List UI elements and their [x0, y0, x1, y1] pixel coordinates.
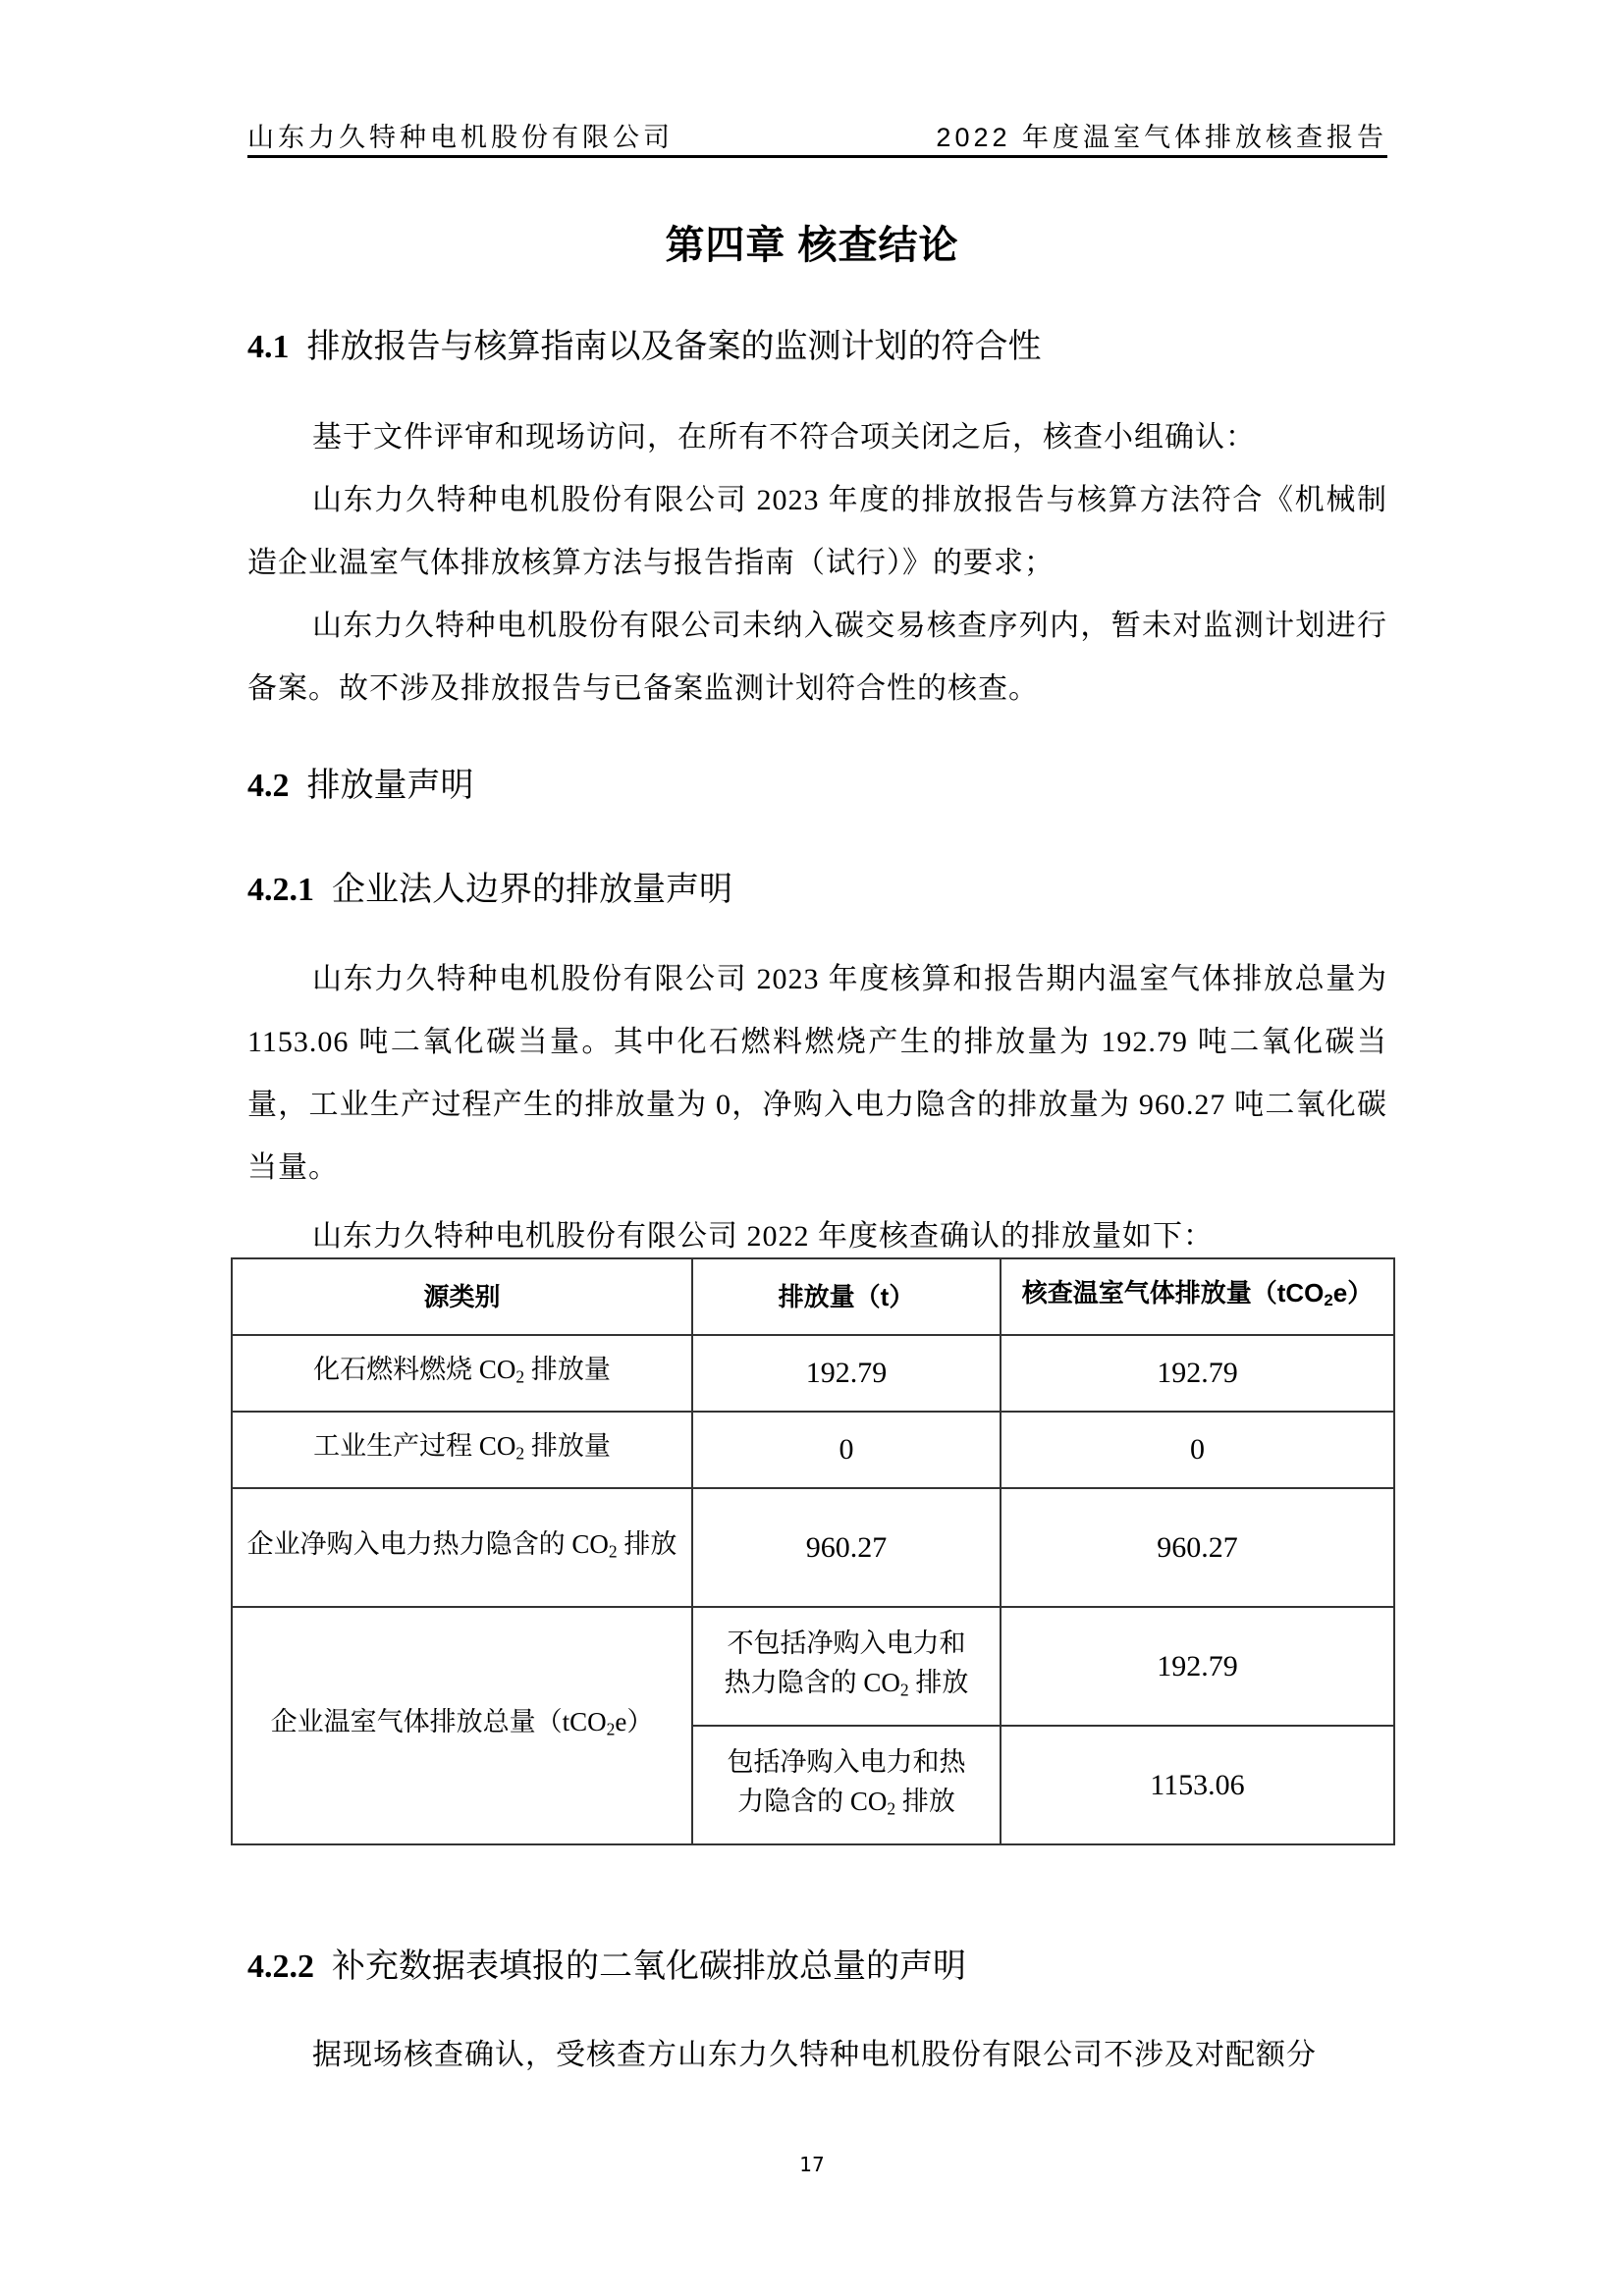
row-emission: 0 [692, 1412, 1001, 1488]
table-row-total: 企业温室气体排放总量（tCO2e） 不包括净购入电力和热力隐含的 CO2 排放 … [232, 1607, 1394, 1726]
total-subrow-label: 包括净购入电力和热力隐含的 CO2 排放 [692, 1726, 1001, 1844]
row-label: 工业生产过程 CO2 排放量 [232, 1412, 692, 1488]
row-label: 企业净购入电力热力隐含的 CO2 排放 [232, 1488, 692, 1607]
total-subrow-label: 不包括净购入电力和热力隐含的 CO2 排放 [692, 1607, 1001, 1726]
section-number: 4.1 [247, 329, 290, 365]
section-4-1-paragraph-1: 基于文件评审和现场访问，在所有不符合项关闭之后，核查小组确认： [247, 406, 1387, 469]
row-emission: 192.79 [692, 1335, 1001, 1412]
total-subrow-verified: 1153.06 [1001, 1726, 1394, 1844]
section-4-2-heading: 4.2排放量声明 [247, 758, 474, 806]
row-label: 化石燃料燃烧 CO2 排放量 [232, 1335, 692, 1412]
page-number: 17 [0, 2153, 1624, 2176]
table-row: 化石燃料燃烧 CO2 排放量 192.79 192.79 [232, 1335, 1394, 1412]
row-verified: 960.27 [1001, 1488, 1394, 1607]
page-header: 山东力久特种电机股份有限公司 2022 年度温室气体排放核查报告 [247, 116, 1387, 155]
total-subrow-verified: 192.79 [1001, 1607, 1394, 1726]
total-label: 企业温室气体排放总量（tCO2e） [232, 1607, 692, 1844]
section-4-2-1-heading: 4.2.1企业法人边界的排放量声明 [247, 862, 732, 910]
row-emission: 960.27 [692, 1488, 1001, 1607]
table-row: 工业生产过程 CO2 排放量 0 0 [232, 1412, 1394, 1488]
header-report-title: 2022 年度温室气体排放核查报告 [936, 116, 1387, 154]
table-header-row: 源类别 排放量（t） 核查温室气体排放量（tCO2e） [232, 1258, 1394, 1335]
section-4-2-1-paragraph: 山东力久特种电机股份有限公司 2023 年度核算和报告期内温室气体排放总量为 1… [247, 948, 1387, 1200]
row-verified: 192.79 [1001, 1335, 1394, 1412]
emissions-table: 源类别 排放量（t） 核查温室气体排放量（tCO2e） 化石燃料燃烧 CO2 排… [231, 1257, 1395, 1845]
header-source-category: 源类别 [232, 1258, 692, 1335]
section-4-2-2-paragraph: 据现场核查确认，受核查方山东力久特种电机股份有限公司不涉及对配额分 [247, 2024, 1387, 2087]
section-number: 4.2 [247, 768, 290, 804]
chapter-title: 第四章 核查结论 [0, 214, 1624, 270]
section-title: 企业法人边界的排放量声明 [332, 871, 732, 908]
header-divider [247, 155, 1387, 158]
table-row: 企业净购入电力热力隐含的 CO2 排放 960.27 960.27 [232, 1488, 1394, 1607]
section-title: 排放量声明 [307, 767, 474, 804]
section-title: 补充数据表填报的二氧化碳排放总量的声明 [332, 1948, 966, 1985]
header-company: 山东力久特种电机股份有限公司 [247, 116, 674, 154]
section-number: 4.2.1 [247, 872, 314, 908]
section-4-1-heading: 4.1排放报告与核算指南以及备案的监测计划的符合性 [247, 319, 1042, 367]
section-title: 排放报告与核算指南以及备案的监测计划的符合性 [307, 328, 1042, 365]
section-number: 4.2.2 [247, 1949, 314, 1985]
section-4-2-2-heading: 4.2.2补充数据表填报的二氧化碳排放总量的声明 [247, 1939, 966, 1987]
section-4-1-paragraph-3: 山东力久特种电机股份有限公司未纳入碳交易核查序列内，暂未对监测计划进行备案。故不… [247, 595, 1387, 721]
header-verified-emission: 核查温室气体排放量（tCO2e） [1001, 1258, 1394, 1335]
row-verified: 0 [1001, 1412, 1394, 1488]
header-emission-t: 排放量（t） [692, 1258, 1001, 1335]
section-4-1-paragraph-2: 山东力久特种电机股份有限公司 2023 年度的排放报告与核算方法符合《机械制造企… [247, 469, 1387, 595]
